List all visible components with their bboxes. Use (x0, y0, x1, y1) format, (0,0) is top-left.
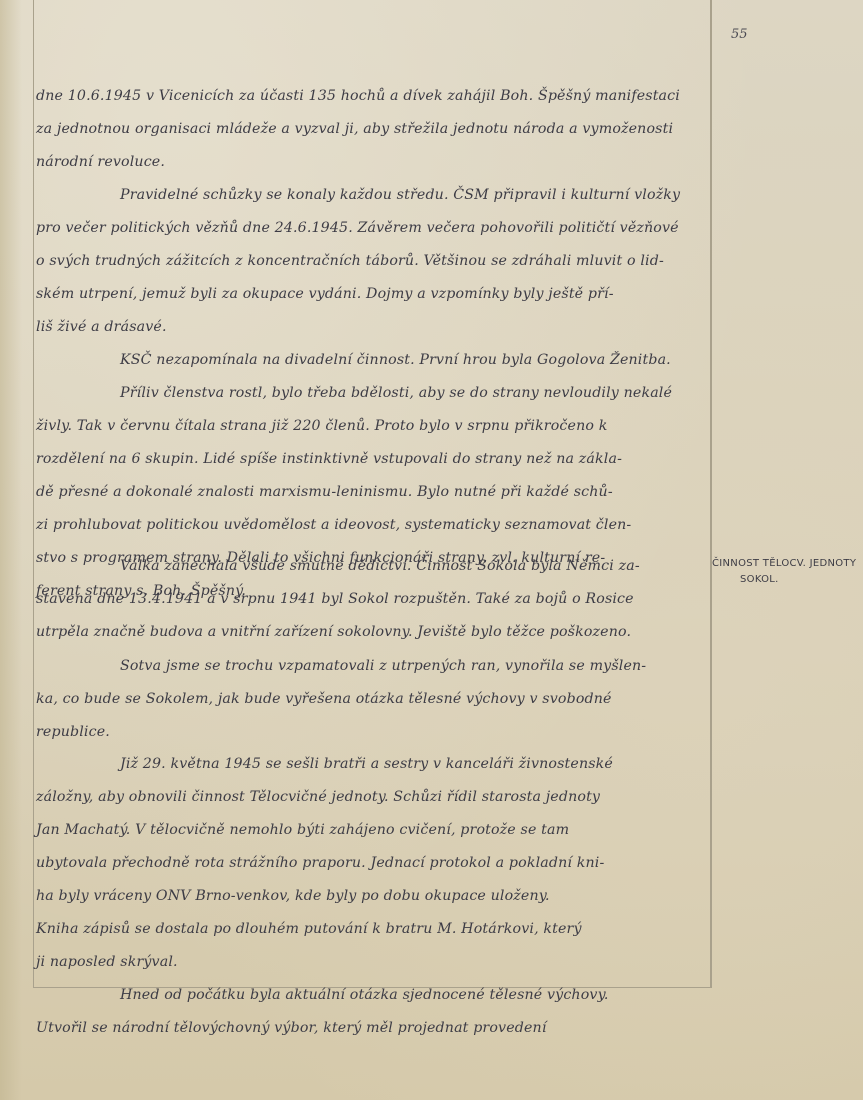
text-line: Pravidelné schůzky se konaly každou stře… (120, 187, 680, 203)
text-line: záložny, aby obnovili činnost Tělocvičné… (36, 789, 600, 805)
margin-note-line: Činnost Tělocv. jednoty (712, 556, 862, 572)
text-line: ubytovala přechodně rota strážního prapo… (36, 855, 604, 871)
margin-note-sokol: Činnost Tělocv. jednoty Sokol. (712, 556, 862, 588)
margin-divider-line (711, 0, 712, 988)
text-line: rozdělení na 6 skupin. Lidé spíše instin… (36, 451, 622, 467)
text-line: utrpěla značně budova a vnitřní zařízení… (36, 624, 631, 640)
text-line: pro večer politických vězňů dne 24.6.194… (36, 220, 679, 236)
page-edge-shadow (0, 0, 22, 1100)
text-line: ském utrpení, jemuž byli za okupace vydá… (36, 286, 614, 302)
text-line: Válka zanechala všude smutné dědictví. Č… (120, 558, 640, 574)
text-line: Utvořil se národní tělovýchovný výbor, k… (36, 1020, 547, 1036)
text-line: Jan Machatý. V tělocvičně nemohlo býti z… (36, 822, 569, 838)
text-line: Již 29. května 1945 se sešli bratři a se… (120, 756, 613, 772)
text-line: dne 10.6.1945 v Vicenicích za účasti 135… (36, 88, 680, 104)
text-line: zi prohlubovat politickou uvědomělost a … (36, 517, 631, 533)
text-line: liš živé a drásavé. (36, 319, 167, 335)
text-line: dě přesné a dokonalé znalosti marxismu-l… (36, 484, 613, 500)
text-line: ka, co bude se Sokolem, jak bude vyřešen… (36, 691, 612, 707)
text-line: ji naposled skrýval. (36, 954, 178, 970)
text-line: Kniha zápisů se dostala po dlouhém putov… (36, 921, 582, 937)
page-number: 55 (731, 27, 748, 42)
text-line: stavena dne 13.4.1941 a v srpnu 1941 byl… (36, 591, 634, 607)
text-line: ha byly vráceny ONV Brno-venkov, kde byl… (36, 888, 550, 904)
text-line: o svých trudných zážitcích z koncentračn… (36, 253, 664, 269)
text-line: Příliv členstva rostl, bylo třeba bdělos… (120, 385, 672, 401)
text-line: Hned od počátku byla aktuální otázka sje… (120, 987, 609, 1003)
text-line: KSČ nezapomínala na divadelní činnost. P… (120, 352, 671, 368)
text-line: národní revoluce. (36, 154, 165, 170)
text-line: Sotva jsme se trochu vzpamatovali z utrp… (120, 658, 646, 674)
text-line: živly. Tak v červnu čítala strana již 22… (36, 418, 607, 434)
text-line: za jednotnou organisaci mládeže a vyzval… (36, 121, 673, 137)
text-line: republice. (36, 724, 110, 740)
margin-note-line: Sokol. (712, 572, 862, 588)
